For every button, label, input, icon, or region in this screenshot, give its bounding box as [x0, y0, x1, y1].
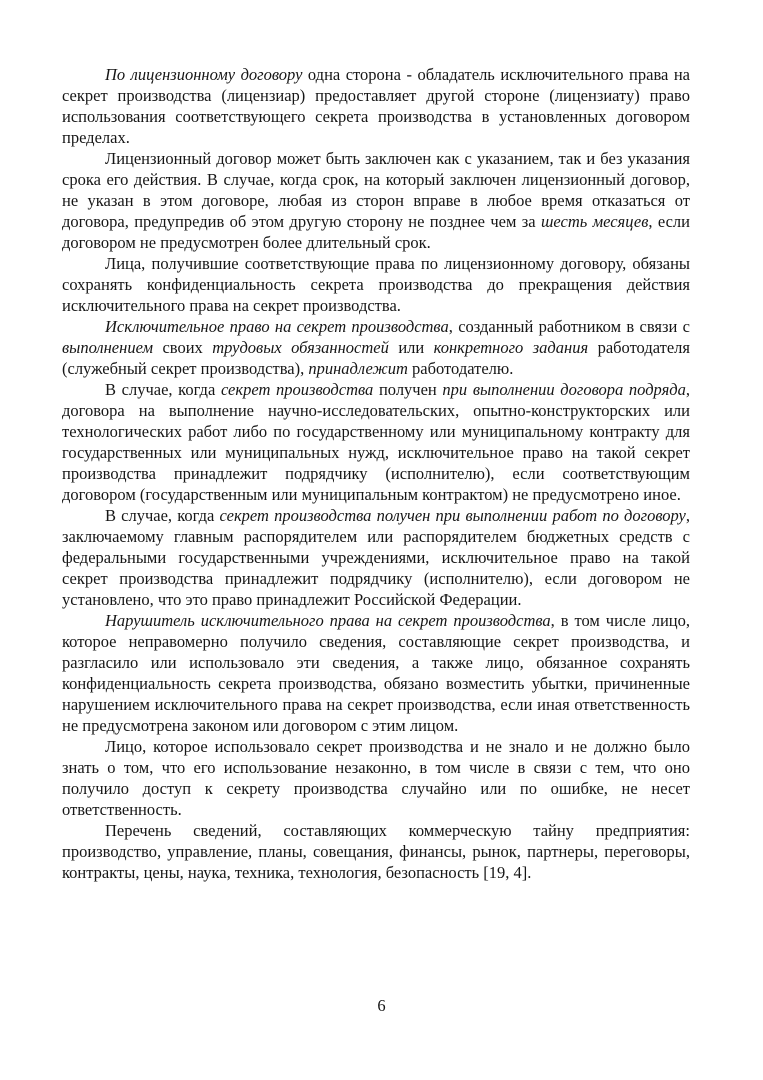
- text-run: , созданный работником в связи с: [449, 317, 690, 336]
- text-run-italic: По лицензионному договору: [105, 65, 302, 84]
- text-run-italic: конкретного задания: [434, 338, 588, 357]
- text-run-italic: при выполнении договора подряда: [442, 380, 685, 399]
- paragraph: Нарушитель исключительного права на секр…: [62, 610, 690, 736]
- text-run-italic: шесть месяцев: [541, 212, 648, 231]
- paragraph: Исключительное право на секрет производс…: [62, 316, 690, 379]
- text-run: получен: [373, 380, 442, 399]
- text-run: или: [389, 338, 434, 357]
- text-run: Лицо, которое использовало секрет произв…: [62, 737, 690, 819]
- paragraph: Лица, получившие соответствующие права п…: [62, 253, 690, 316]
- text-run: Лица, получившие соответствующие права п…: [62, 254, 690, 315]
- paragraph: Лицо, которое использовало секрет произв…: [62, 736, 690, 820]
- text-run-italic: Исключительное право на секрет производс…: [105, 317, 449, 336]
- document-page: По лицензионному договору одна сторона -…: [0, 0, 763, 1080]
- paragraph: Перечень сведений, составляющих коммерче…: [62, 820, 690, 883]
- paragraph: В случае, когда секрет производства полу…: [62, 505, 690, 610]
- text-run: В случае, когда: [105, 380, 221, 399]
- text-run: Перечень сведений, составляющих коммерче…: [62, 821, 690, 882]
- text-run-italic: выполнением: [62, 338, 153, 357]
- text-run: В случае, когда: [105, 506, 220, 525]
- paragraph: В случае, когда секрет производства полу…: [62, 379, 690, 505]
- text-run-italic: секрет производства: [221, 380, 373, 399]
- text-run: работодателю.: [408, 359, 513, 378]
- page-number: 6: [0, 995, 763, 1016]
- paragraph: По лицензионному договору одна сторона -…: [62, 64, 690, 148]
- text-run-italic: секрет производства получен при выполнен…: [220, 506, 686, 525]
- document-body: По лицензионному договору одна сторона -…: [62, 64, 690, 883]
- paragraph: Лицензионный договор может быть заключен…: [62, 148, 690, 253]
- text-run-italic: Нарушитель исключительного права на секр…: [105, 611, 551, 630]
- text-run-italic: принадлежит: [308, 359, 408, 378]
- text-run: своих: [153, 338, 212, 357]
- text-run-italic: трудовых обязанностей: [212, 338, 389, 357]
